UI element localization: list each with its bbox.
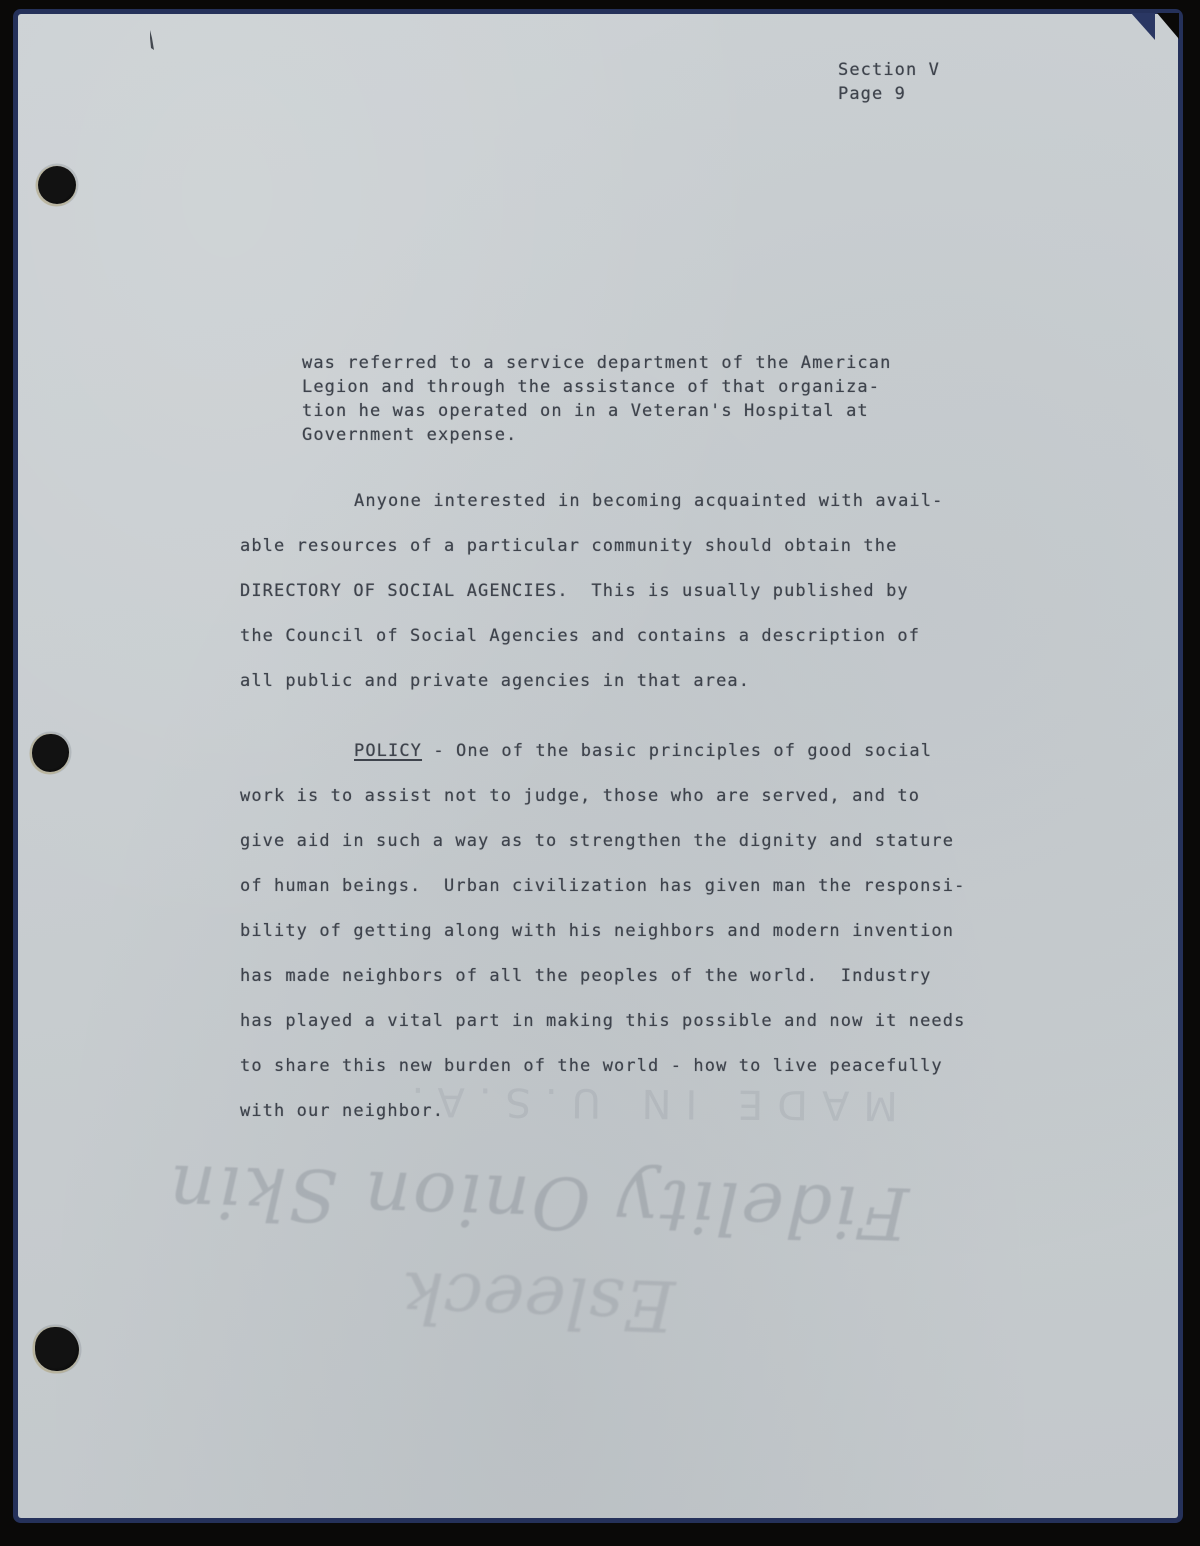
punch-hole-middle (32, 734, 69, 772)
text-line: bility of getting along with his neighbo… (240, 909, 965, 954)
corner-fold (1157, 13, 1179, 39)
punch-hole-bottom (35, 1327, 79, 1371)
text-line: DIRECTORY OF SOCIAL AGENCIES. This is us… (240, 569, 943, 614)
text-line: with our neighbor. (240, 1089, 965, 1134)
text-line: to share this new burden of the world - … (240, 1044, 965, 1089)
text-line: give aid in such a way as to strengthen … (240, 819, 965, 864)
punch-hole-top (38, 166, 76, 204)
policy-heading-rest: - One of the basic principles of good so… (422, 741, 932, 761)
text-line: has made neighbors of all the peoples of… (240, 954, 965, 999)
scanned-document: Section V Page 9 was referred to a servi… (0, 0, 1200, 1546)
paragraph-policy: POLICY - One of the basic principles of … (240, 729, 965, 1134)
section-label: Section V (838, 58, 940, 82)
text-line: able resources of a particular community… (240, 524, 943, 569)
pen-mark (146, 28, 158, 54)
text-line: was referred to a service department of … (302, 351, 891, 375)
page-number-label: Page 9 (838, 82, 940, 106)
text-line: tion he was operated on in a Veteran's H… (302, 399, 891, 423)
text-line: of human beings. Urban civilization has … (240, 864, 965, 909)
text-line: Government expense. (302, 423, 891, 447)
text-line: has played a vital part in making this p… (240, 999, 965, 1044)
policy-heading-underlined: POLICY (354, 741, 422, 761)
text-line: Anyone interested in becoming acquainted… (240, 479, 943, 524)
paragraph-block-quote: was referred to a service department of … (302, 351, 891, 447)
watermark-esleeck-script: Esleeck (376, 1240, 700, 1361)
paper-sheet: Section V Page 9 was referred to a servi… (18, 14, 1178, 1518)
text-line: all public and private agencies in that … (240, 659, 943, 704)
text-line: work is to assist not to judge, those wh… (240, 774, 965, 819)
text-line: Legion and through the assistance of tha… (302, 375, 891, 399)
paragraph-directory: Anyone interested in becoming acquainted… (240, 479, 943, 704)
page-header: Section V Page 9 (838, 58, 940, 106)
text-line-policy-heading: POLICY - One of the basic principles of … (240, 729, 965, 774)
text-line: the Council of Social Agencies and conta… (240, 614, 943, 659)
watermark-fidelity-onion-skin: Fidelity Onion Skin (156, 1120, 920, 1284)
